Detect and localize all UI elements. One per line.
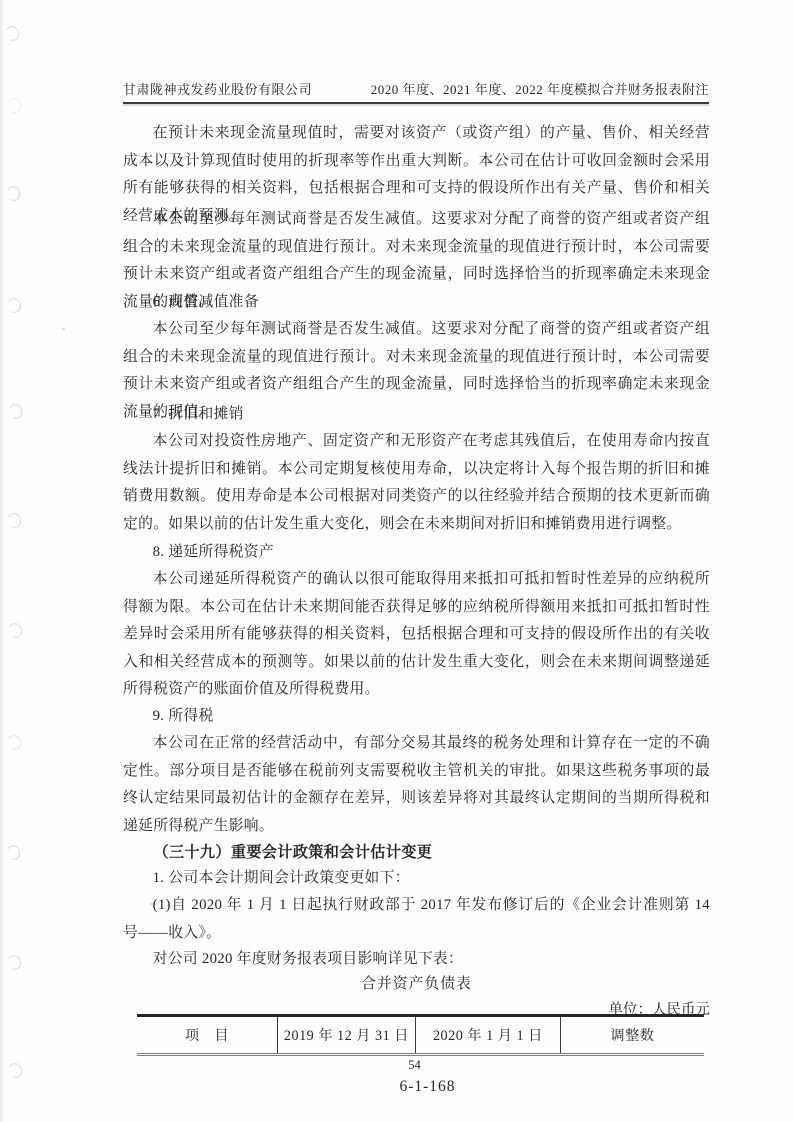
scan-artifact-mark <box>6 953 23 971</box>
scan-artifact-mark <box>7 402 24 420</box>
document-page: 甘肃陇神戎发药业股份有限公司 2020 年度、2021 年度、2022 年度模拟… <box>0 0 793 1122</box>
heading-section-39: （三十九）重要会计政策和会计估计变更 <box>123 839 710 867</box>
scan-speck <box>62 328 65 330</box>
page-number: 54 <box>18 1058 793 1073</box>
table-header-item: 项 目 <box>137 1017 277 1053</box>
scan-artifact-mark <box>6 511 23 529</box>
paragraph-table-intro: 对公司 2020 年度财务报表项目影响详见下表： <box>123 946 710 974</box>
table-header-adjustment: 调整数 <box>560 1017 704 1053</box>
scan-artifact-mark <box>7 621 24 639</box>
scan-artifact-mark <box>5 843 22 861</box>
report-title: 2020 年度、2021 年度、2022 年度模拟合并财务报表附注 <box>371 79 709 98</box>
table-title: 合并资产负债表 <box>123 972 710 993</box>
table-header-date-2019: 2019 年 12 月 31 日 <box>277 1017 415 1053</box>
scan-artifact-mark <box>6 733 23 751</box>
scan-artifact-mark <box>5 184 22 202</box>
paragraph-income-tax: 本公司在正常的经营活动中，有部分交易其最终的税务处理和计算存在一定的不确定性。部… <box>123 730 710 840</box>
heading-income-tax: 9. 所得税 <box>123 703 710 731</box>
table-header-date-2020: 2020 年 1 月 1 日 <box>415 1017 560 1053</box>
paragraph-deferred-tax: 本公司递延所得税资产的确认以很可能取得用来抵扣可抵扣暂时性差异的应纳税所得额为限… <box>123 566 710 704</box>
heading-deferred-tax-assets: 8. 递延所得税资产 <box>123 539 710 567</box>
scan-artifact-mark <box>6 96 23 114</box>
sheet-number: 6-1-168 <box>31 1078 793 1096</box>
paragraph-depreciation: 本公司对投资性房地产、固定资产和无形资产在考虑其残值后，在使用寿命内按直线法计提… <box>123 428 710 538</box>
company-name: 甘肃陇神戎发药业股份有限公司 <box>123 79 312 98</box>
page-header: 甘肃陇神戎发药业股份有限公司 2020 年度、2021 年度、2022 年度模拟… <box>123 79 709 104</box>
scan-artifact-mark <box>4 24 21 42</box>
heading-policy-change-list: 1. 公司本会计期间会计政策变更如下： <box>123 865 710 893</box>
balance-sheet-impact-table: 项 目 2019 年 12 月 31 日 2020 年 1 月 1 日 调整数 <box>137 1014 704 1056</box>
paragraph-revenue-standard: (1)自 2020 年 1 月 1 日起执行财政部于 2017 年发布修订后的《… <box>123 892 710 947</box>
heading-goodwill-impairment: 6. 商誉减值准备 <box>123 289 710 317</box>
scan-artifact-mark <box>6 296 23 314</box>
heading-depreciation-amortization: 7. 折旧和摊销 <box>123 401 710 429</box>
